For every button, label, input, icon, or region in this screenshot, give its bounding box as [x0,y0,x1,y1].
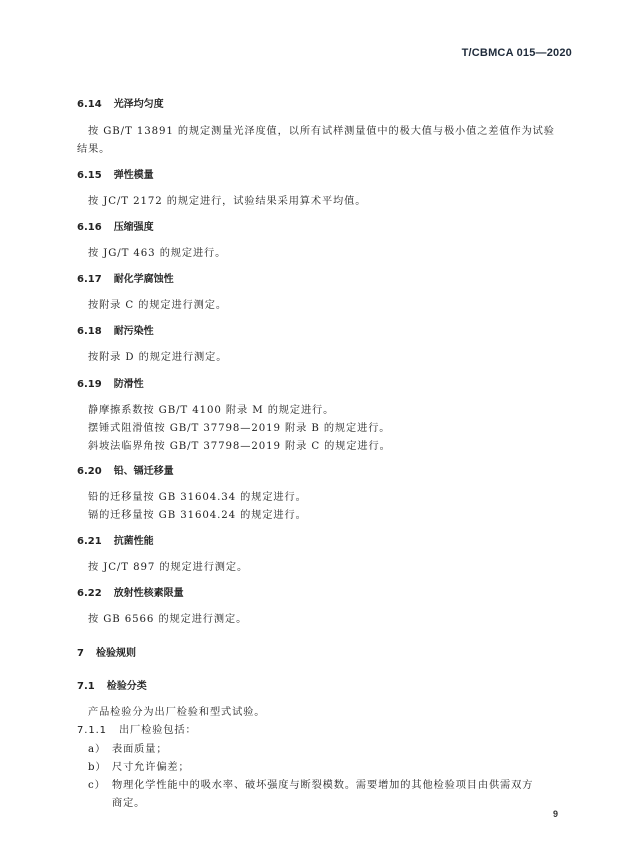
section-heading-6-18: 6.18耐污染性 [77,322,154,337]
section-heading-6-21: 6.21抗菌性能 [77,532,154,547]
section-heading-6-14: 6.14光泽均匀度 [77,95,164,110]
list-item-c: c）物理化学性能中的吸水率、破坏强度与断裂模数。需要增加的其他检验项目由供需双方 [88,776,533,791]
section-heading-6-16: 6.16压缩强度 [77,218,154,233]
section-heading-7-1: 7.1检验分类 [77,677,147,692]
list-item-a: a）表面质量； [88,740,167,755]
section-heading-6-15: 6.15弹性模量 [77,166,154,181]
section-text-6-14-line2: 结果。 [77,140,110,155]
subsection-7-1-1: 7.1.1出厂检验包括： [77,721,197,736]
section-text-6-18: 按附录 D 的规定进行测定。 [88,348,227,363]
section-text-7-1: 产品检验分为出厂检验和型式试验。 [88,703,265,718]
section-text-6-20-line1: 铅的迁移量按 GB 31604.34 的规定进行。 [88,488,307,503]
document-header-id: T/CBMCA 015—2020 [462,47,572,59]
section-text-6-17: 按附录 C 的规定进行测定。 [88,296,227,311]
section-text-6-20-line2: 镉的迁移量按 GB 31604.24 的规定进行。 [88,506,307,521]
section-text-6-15: 按 JC/T 2172 的规定进行，试验结果采用算术平均值。 [88,192,366,207]
section-heading-6-22: 6.22放射性核素限量 [77,584,184,599]
list-item-b: b）尺寸允许偏差； [88,758,190,773]
section-text-6-16: 按 JG/T 463 的规定进行。 [88,244,226,259]
section-text-6-21: 按 JC/T 897 的规定进行测定。 [88,558,248,573]
section-heading-6-17: 6.17耐化学腐蚀性 [77,270,174,285]
section-text-6-22: 按 GB 6566 的规定进行测定。 [88,610,247,625]
list-item-c-continuation: 商定。 [112,794,145,809]
chapter-heading-7: 7检验规则 [77,644,136,659]
section-heading-6-19: 6.19防滑性 [77,375,144,390]
section-heading-6-20: 6.20铅、镉迁移量 [77,462,174,477]
page-number: 9 [553,809,558,819]
section-text-6-19-line3: 斜坡法临界角按 GB/T 37798—2019 附录 C 的规定进行。 [88,437,391,452]
section-text-6-14-line1: 按 GB/T 13891 的规定测量光泽度值，以所有试样测量值中的极大值与极小值… [88,122,555,137]
section-text-6-19-line1: 静摩擦系数按 GB/T 4100 附录 M 的规定进行。 [88,401,334,416]
section-text-6-19-line2: 摆锤式阻滑值按 GB/T 37798—2019 附录 B 的规定进行。 [88,419,390,434]
